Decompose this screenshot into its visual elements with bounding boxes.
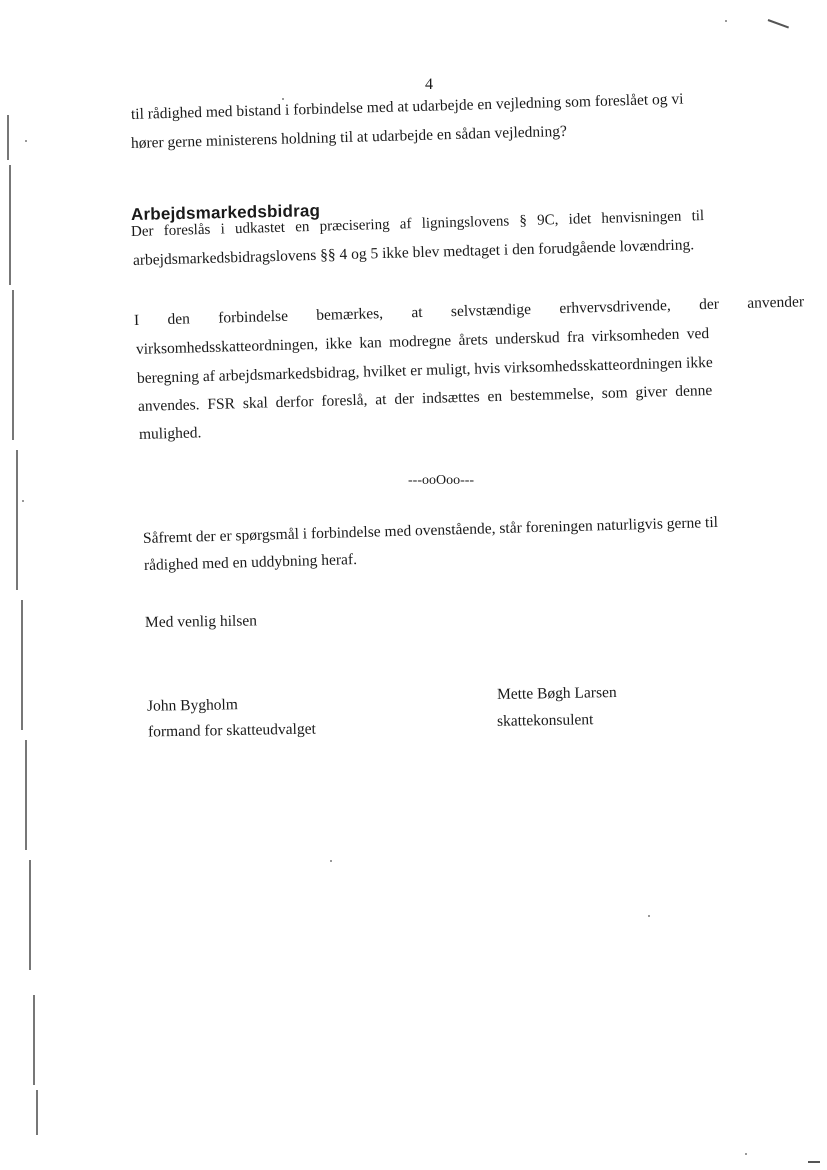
scan-speck: [745, 1153, 747, 1155]
text-line: Såfremt der er spørgsmål i forbindelse m…: [143, 514, 718, 548]
scan-edge-line: [9, 165, 11, 285]
signatory-name: John Bygholm: [147, 696, 238, 716]
section-separator: ---ooOoo---: [408, 473, 474, 489]
signatory-title: skattekonsulent: [497, 711, 594, 731]
scan-speck: [725, 20, 727, 22]
scan-speck: [648, 915, 650, 917]
scan-edge-line: [25, 740, 27, 850]
signatory-name: Mette Bøgh Larsen: [497, 684, 617, 704]
scan-corner-mark: [768, 19, 789, 28]
closing-greeting: Med venlig hilsen: [145, 612, 257, 632]
text-line: virksomhedsskatteordningen, ikke kan mod…: [136, 325, 710, 359]
scan-edge-line: [29, 860, 31, 970]
scan-edge-line: [33, 995, 35, 1085]
scan-edge-line: [7, 115, 9, 160]
scanned-document-page: 4 til rådighed med bistand i forbindelse…: [0, 0, 827, 1170]
text-line: hører gerne ministerens holdning til at …: [131, 123, 567, 153]
text-line: arbejdsmarkedsbidragslovens §§ 4 og 5 ik…: [133, 236, 695, 270]
scan-corner-mark: [808, 1161, 820, 1163]
scan-edge-line: [12, 290, 14, 440]
scan-edge-line: [36, 1090, 38, 1135]
signatory-title: formand for skatteudvalget: [148, 721, 316, 742]
scan-speck: [25, 140, 27, 142]
scan-speck: [330, 860, 332, 862]
text-line: til rådighed med bistand i forbindelse m…: [131, 89, 741, 124]
text-line: rådighed med en uddybning heraf.: [144, 551, 357, 575]
text-line: anvendes. FSR skal derfor foreslå, at de…: [138, 382, 713, 416]
text-line: mulighed.: [139, 424, 202, 444]
scan-edge-line: [16, 450, 18, 590]
scan-speck: [22, 500, 24, 502]
scan-speck: [282, 98, 284, 100]
page-number: 4: [425, 76, 433, 94]
scan-edge-line: [21, 600, 23, 730]
text-line: beregning af arbejdsmarkedsbidrag, hvilk…: [137, 354, 713, 388]
